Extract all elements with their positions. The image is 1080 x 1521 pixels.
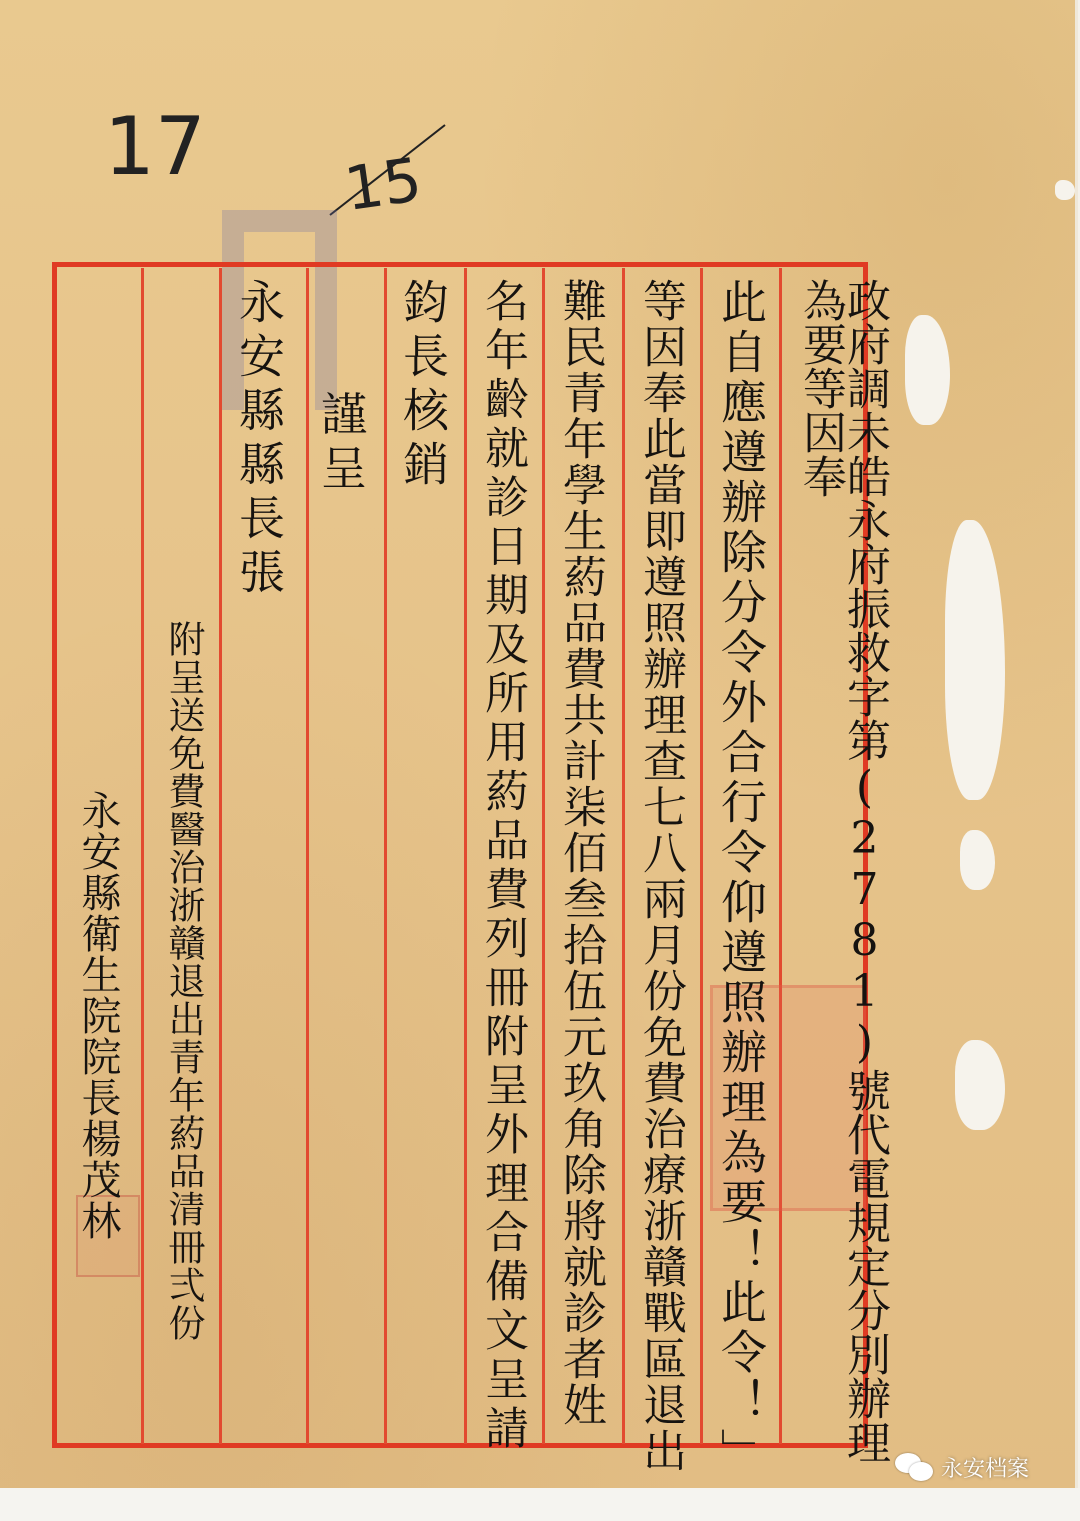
- text-column-8: 永安縣縣長張: [236, 278, 282, 602]
- text-column-6: 鈞長核銷: [400, 278, 446, 494]
- text-column-5: 名年齡就診日期及所用葯品費列冊附呈外理合備文呈請: [480, 278, 524, 1454]
- column-rule: [219, 268, 222, 1444]
- text-column-3: 等因奉此當即遵照辦理查七八兩月份免費治療浙贛戰區退出: [638, 278, 682, 1474]
- column-rule: [384, 268, 387, 1444]
- wechat-icon: [895, 1453, 935, 1483]
- column-rule: [779, 268, 782, 1444]
- attachment-note: 附呈送免費醫治浙贛退出青年葯品清冊弍份: [165, 620, 202, 1342]
- text-column-7: 謹呈: [318, 390, 364, 498]
- paper-damage: [955, 1040, 1005, 1130]
- paper-damage: [1055, 180, 1075, 200]
- signatory: 永安縣衛生院院長楊茂林: [78, 790, 118, 1241]
- paper-damage: [960, 830, 995, 890]
- document-page: 17 15 政府調未皓永府振救字第(2781)號代電規定分別辦理為要等因奉 此自…: [0, 0, 1078, 1490]
- page-number: 17: [104, 100, 206, 193]
- scan-margin: [0, 1488, 1080, 1521]
- watermark-label: 永安档案: [941, 1452, 1029, 1483]
- watermark: 永安档案: [895, 1452, 1029, 1483]
- paper-damage: [905, 315, 950, 425]
- column-rule: [141, 268, 144, 1444]
- column-rule: [464, 268, 467, 1444]
- column-rule: [306, 268, 309, 1444]
- text-column-2: 此自應遵辦除分令外合行令仰遵照辦理為要！此令！」: [718, 278, 764, 1478]
- strike-line: [325, 120, 455, 220]
- paper-damage: [945, 520, 1005, 800]
- column-rule: [622, 268, 625, 1444]
- column-rule: [542, 268, 545, 1444]
- text-column-4: 難民青年學生葯品費共計柒佰叁拾伍元玖角除將就診者姓: [558, 278, 602, 1428]
- column-rule: [700, 268, 703, 1444]
- text-column-1: 政府調未皓永府振救字第(2781)號代電規定分別辦理為要等因奉: [798, 278, 886, 1490]
